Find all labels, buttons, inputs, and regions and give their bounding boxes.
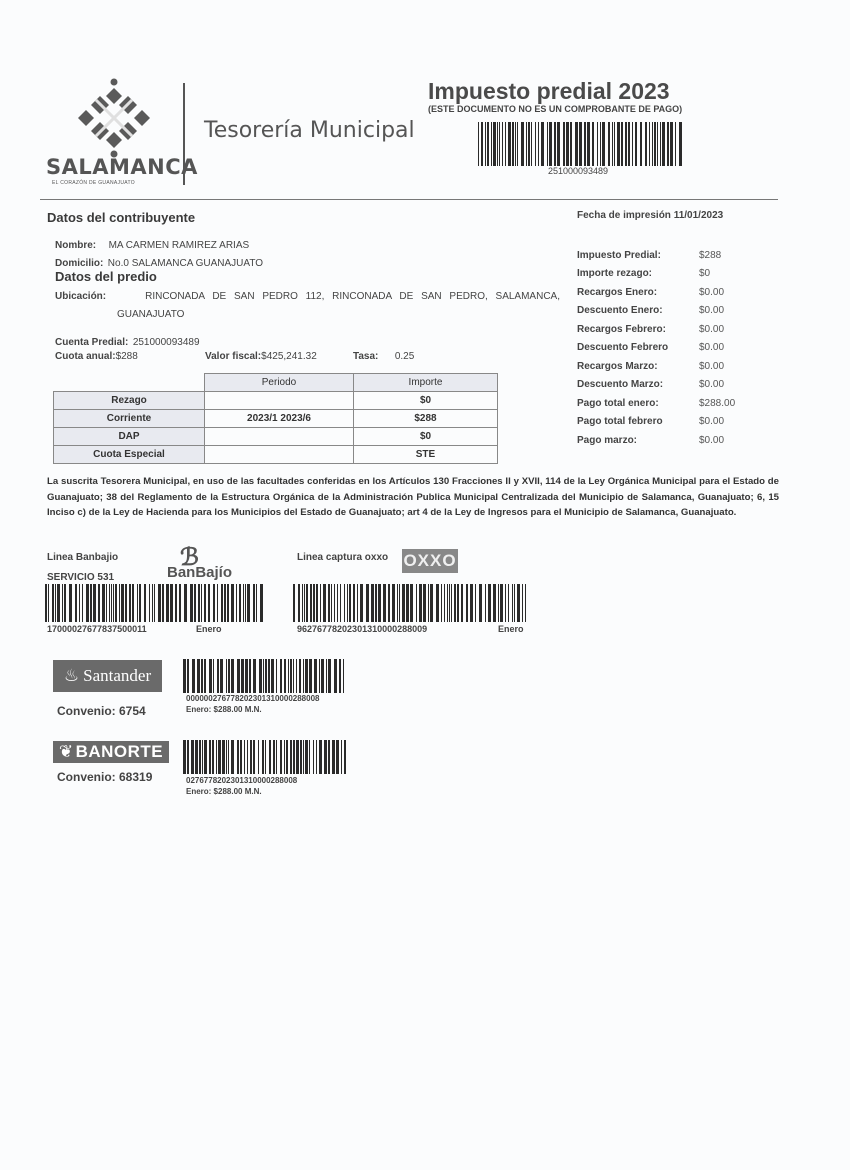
- banbajio-barcode: [45, 584, 267, 622]
- santander-convenio: Convenio: 6754: [57, 704, 146, 718]
- summary-row: Importe rezago:$0: [577, 265, 735, 284]
- document-subtitle: (ESTE DOCUMENTO NO ES UN COMPROBANTE DE …: [428, 104, 682, 114]
- summary-value: $0.00: [699, 416, 724, 427]
- summary-value: $0.00: [699, 379, 724, 390]
- logo-name: SALAMANCA: [46, 155, 198, 179]
- contribuyente-heading: Datos del contribuyente: [47, 210, 195, 225]
- summary-row: Impuesto Predial:$288: [577, 246, 735, 265]
- column-header-importe: Importe: [354, 374, 498, 392]
- summary-label: Impuesto Predial:: [577, 250, 699, 261]
- banbajio-logo-text: BanBajío: [167, 564, 232, 581]
- oxxo-label: Linea captura oxxo: [297, 552, 388, 563]
- periodos-table: Periodo Importe Rezago $0 Corriente 2023…: [53, 373, 498, 464]
- oxxo-number: 962767782023013100002880​09: [297, 624, 427, 634]
- row-concepto: Rezago: [54, 392, 205, 410]
- row-concepto: Corriente: [54, 410, 205, 428]
- fecha-impresion: Fecha de impresión 11/01/2023: [577, 210, 723, 221]
- salamanca-logo-icon: [78, 78, 150, 158]
- ubicacion-field: Ubicación: RINCONADA DE SAN PEDRO 112, R…: [55, 291, 560, 302]
- summary-label: Recargos Marzo:: [577, 361, 699, 372]
- account-barcode: [478, 122, 685, 166]
- summary-label: Descuento Enero:: [577, 305, 699, 316]
- summary-value: $288.00: [699, 398, 735, 409]
- santander-logo-text: Santander: [83, 666, 151, 686]
- legal-text: La suscrita Tesorera Municipal, en uso d…: [47, 474, 779, 521]
- tasa-field: Tasa: 0.25: [353, 346, 414, 364]
- santander-number: 000000276778202301310000288008: [186, 694, 319, 703]
- nombre-label: Nombre:: [55, 240, 96, 251]
- summary-value: $0.00: [699, 435, 724, 446]
- nombre-value: MA CARMEN RAMIREZ ARIAS: [109, 240, 250, 251]
- summary-row: Recargos Enero:$0.00: [577, 283, 735, 302]
- summary-label: Importe rezago:: [577, 268, 699, 279]
- header-rule: [40, 199, 778, 200]
- row-concepto: Cuota Especial: [54, 446, 205, 464]
- summary-value: $0.00: [699, 342, 724, 353]
- table-header-row: Periodo Importe: [54, 374, 498, 392]
- summary-value: $0.00: [699, 305, 724, 316]
- ubicacion-line1: RINCONADA DE SAN PEDRO 112, RINCONADA DE…: [145, 291, 560, 302]
- banbajio-number: 17000027677837500011: [47, 624, 147, 634]
- banbajio-service: SERVICIO 531: [47, 572, 114, 583]
- valor-fiscal-field: Valor fiscal:$425,241.32: [205, 346, 317, 364]
- row-importe: $0: [354, 392, 498, 410]
- summary-row: Pago marzo:$0.00: [577, 431, 735, 450]
- column-header-periodo: Periodo: [205, 374, 354, 392]
- summary-label: Descuento Marzo:: [577, 379, 699, 390]
- row-concepto: DAP: [54, 428, 205, 446]
- banorte-convenio: Convenio: 68319: [57, 770, 152, 784]
- nombre-field: Nombre: MA CARMEN RAMIREZ ARIAS: [55, 235, 249, 253]
- banorte-barcode: [183, 740, 348, 774]
- summary-label: Pago marzo:: [577, 435, 699, 446]
- summary-row: Descuento Marzo:$0.00: [577, 376, 735, 395]
- oxxo-month: Enero: [498, 624, 524, 634]
- summary-label: Descuento Febrero: [577, 342, 699, 353]
- banorte-logo: ❦BANORTE: [53, 741, 169, 763]
- summary-row: Descuento Enero:$0.00: [577, 302, 735, 321]
- ubicacion-label: Ubicación:: [55, 291, 106, 302]
- santander-logo: ♨Santander: [53, 660, 162, 692]
- summary-value: $288: [699, 250, 721, 261]
- summary-label: Pago total enero:: [577, 398, 699, 409]
- cuota-label: Cuota anual:: [55, 351, 116, 362]
- oxxo-barcode: [293, 584, 530, 622]
- domicilio-value: No.0 SALAMANCA GUANAJUATO: [108, 258, 263, 269]
- ubicacion-line2: GUANAJUATO: [117, 309, 184, 320]
- summary-label: Pago total febrero: [577, 416, 699, 427]
- row-periodo: 2023/1 2023/6: [205, 410, 354, 428]
- valor-fiscal-label: Valor fiscal:: [205, 351, 261, 362]
- summary-row: Recargos Marzo:$0.00: [577, 357, 735, 376]
- department-name: Tesorería Municipal: [204, 118, 415, 143]
- banorte-number: 0276778202301310000288008: [186, 776, 297, 785]
- row-periodo: [205, 428, 354, 446]
- summary-value: $0.00: [699, 361, 724, 372]
- santander-amount: Enero: $288.00 M.N.: [186, 705, 262, 714]
- cuenta-value: 251000093489: [133, 337, 200, 348]
- tasa-value: 0.25: [395, 351, 414, 362]
- summary-label: Recargos Enero:: [577, 287, 699, 298]
- document-title: Impuesto predial 2023: [428, 78, 670, 105]
- valor-fiscal-value: $425,241.32: [261, 351, 317, 362]
- domicilio-label: Domicilio:: [55, 258, 103, 269]
- logo-tagline: EL CORAZÓN DE GUANAJUATO: [52, 180, 135, 186]
- summary-value: $0.00: [699, 287, 724, 298]
- cuota-field: Cuota anual:$288: [55, 346, 138, 364]
- table-row: Rezago $0: [54, 392, 498, 410]
- account-barcode-number: 251000093489: [548, 166, 608, 176]
- summary-value: $0: [699, 268, 710, 279]
- table-row: DAP $0: [54, 428, 498, 446]
- header-divider: [183, 83, 185, 185]
- oxxo-logo-icon: OXXO: [402, 549, 458, 573]
- row-importe: $0: [354, 428, 498, 446]
- payment-summary: Impuesto Predial:$288Importe rezago:$0Re…: [577, 246, 735, 450]
- row-periodo: [205, 392, 354, 410]
- summary-row: Pago total febrero$0.00: [577, 413, 735, 432]
- row-periodo: [205, 446, 354, 464]
- summary-row: Descuento Febrero$0.00: [577, 339, 735, 358]
- summary-row: Pago total enero:$288.00: [577, 394, 735, 413]
- banorte-amount: Enero: $288.00 M.N.: [186, 787, 262, 796]
- row-importe: $288: [354, 410, 498, 428]
- santander-flame-icon: ♨: [64, 666, 79, 686]
- tasa-label: Tasa:: [353, 351, 378, 362]
- table-row: Cuota Especial STE: [54, 446, 498, 464]
- banbajio-label: Linea Banbajio: [47, 552, 118, 563]
- summary-row: Recargos Febrero:$0.00: [577, 320, 735, 339]
- banorte-logo-text: BANORTE: [76, 742, 164, 762]
- row-importe: STE: [354, 446, 498, 464]
- banorte-logo-icon: ❦: [59, 742, 74, 762]
- cuota-value: $288: [116, 351, 138, 362]
- santander-barcode: [183, 659, 348, 693]
- summary-label: Recargos Febrero:: [577, 324, 699, 335]
- banbajio-month: Enero: [196, 624, 222, 634]
- table-row: Corriente 2023/1 2023/6 $288: [54, 410, 498, 428]
- predio-heading: Datos del predio: [55, 269, 157, 284]
- summary-value: $0.00: [699, 324, 724, 335]
